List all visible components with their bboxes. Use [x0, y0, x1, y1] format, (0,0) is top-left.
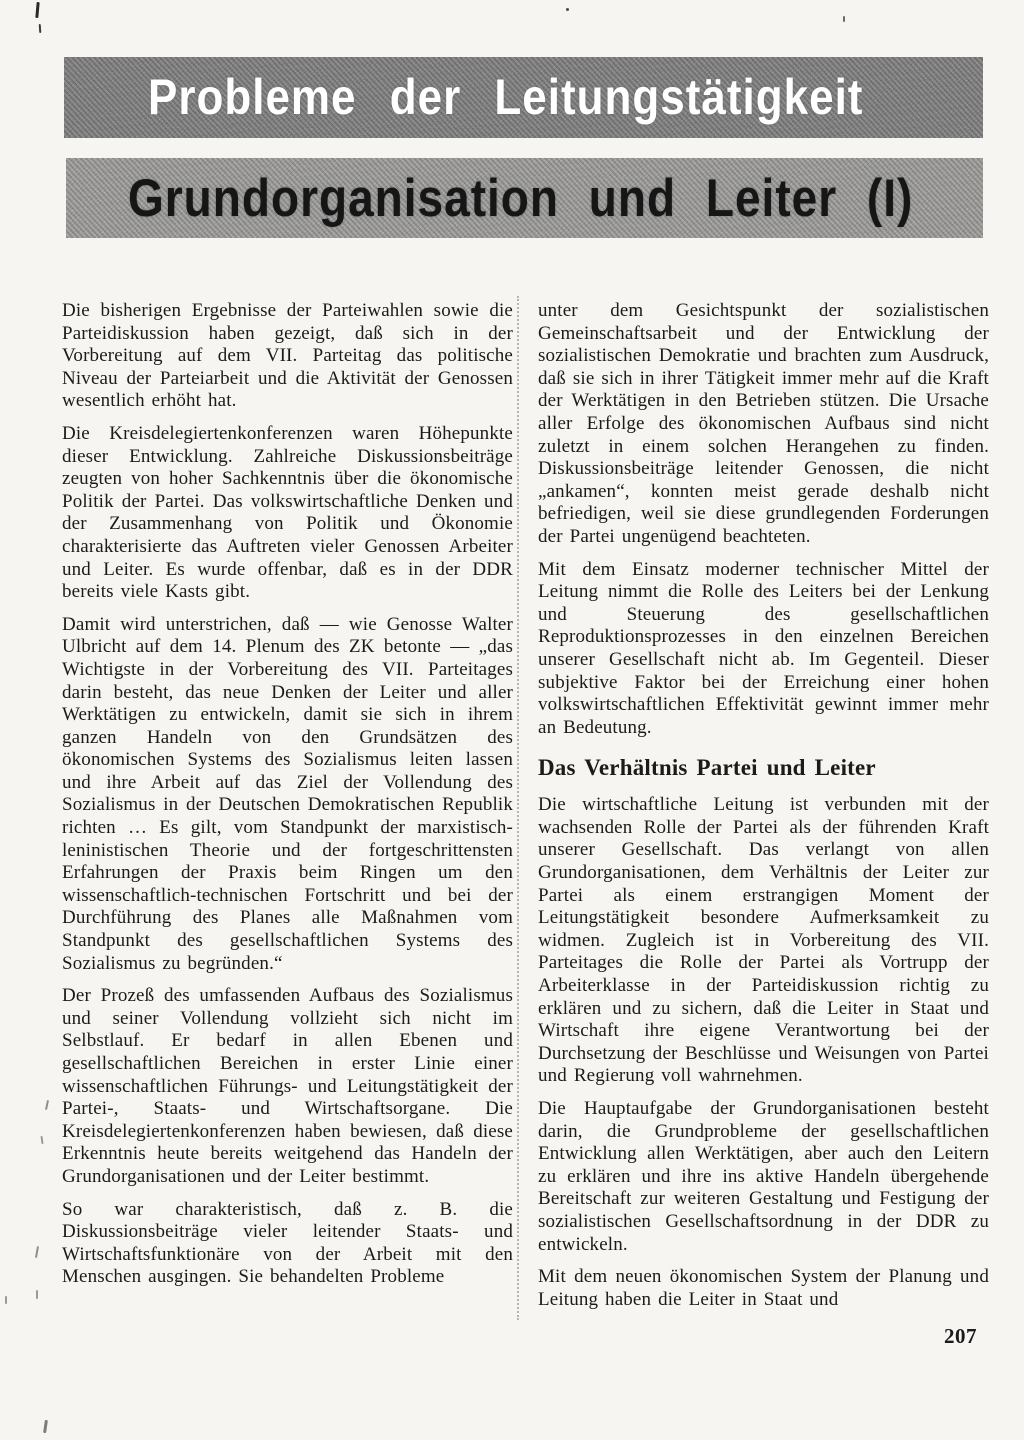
- paragraph: Mit dem Einsatz moderner technischer Mit…: [538, 559, 989, 740]
- scan-artifact: [45, 1100, 49, 1110]
- headline-secondary-text: Grundorganisation und Leiter (I): [66, 158, 983, 238]
- magazine-page: Probleme der Leitungstätigkeit Grundorga…: [0, 0, 1024, 1440]
- section-heading: Das Verhältnis Partei und Leiter: [538, 755, 989, 781]
- left-column: Die bisherigen Ergebnisse der Parteiwahl…: [62, 300, 513, 1299]
- paragraph: Der Prozeß des umfassenden Aufbaus des S…: [62, 985, 513, 1188]
- scan-artifact: [40, 1136, 43, 1144]
- scan-artifact: [39, 24, 42, 33]
- paragraph: unter dem Gesichtspunkt der sozialistisc…: [538, 300, 989, 549]
- headline-banner-secondary: Grundorganisation und Leiter (I): [66, 158, 983, 238]
- scan-artifact: [35, 2, 39, 18]
- paragraph: Die wirtschaftliche Leitung ist verbunde…: [538, 794, 989, 1088]
- right-column: unter dem Gesichtspunkt der sozialistisc…: [538, 300, 989, 1321]
- paragraph: Die bisherigen Ergebnisse der Parteiwahl…: [62, 300, 513, 413]
- headline-primary-text: Probleme der Leitungstätigkeit: [64, 57, 983, 138]
- headline-banner-primary: Probleme der Leitungstätigkeit: [64, 57, 983, 138]
- scan-artifact: [35, 1246, 39, 1258]
- paragraph: Damit wird unterstrichen, daß — wie Geno…: [62, 614, 513, 976]
- scan-artifact: [5, 1296, 7, 1304]
- page-number: 207: [944, 1324, 977, 1349]
- column-divider-rule: [517, 296, 519, 1320]
- scan-artifact: [843, 16, 845, 22]
- paragraph: So war charakteristisch, daß z. B. die D…: [62, 1199, 513, 1289]
- paragraph: Die Hauptaufgabe der Grundorganisationen…: [538, 1098, 989, 1256]
- scan-artifact: [43, 1420, 48, 1433]
- scan-artifact: [566, 8, 569, 11]
- paragraph: Mit dem neuen ökonomischen System der Pl…: [538, 1266, 989, 1311]
- scan-artifact: [36, 1290, 38, 1299]
- paragraph: Die Kreisdelegiertenkonferenzen waren Hö…: [62, 423, 513, 604]
- scanned-journal-page: { "colors":{ "paper":"#f6f5f1", "ink":"#…: [0, 0, 1024, 1440]
